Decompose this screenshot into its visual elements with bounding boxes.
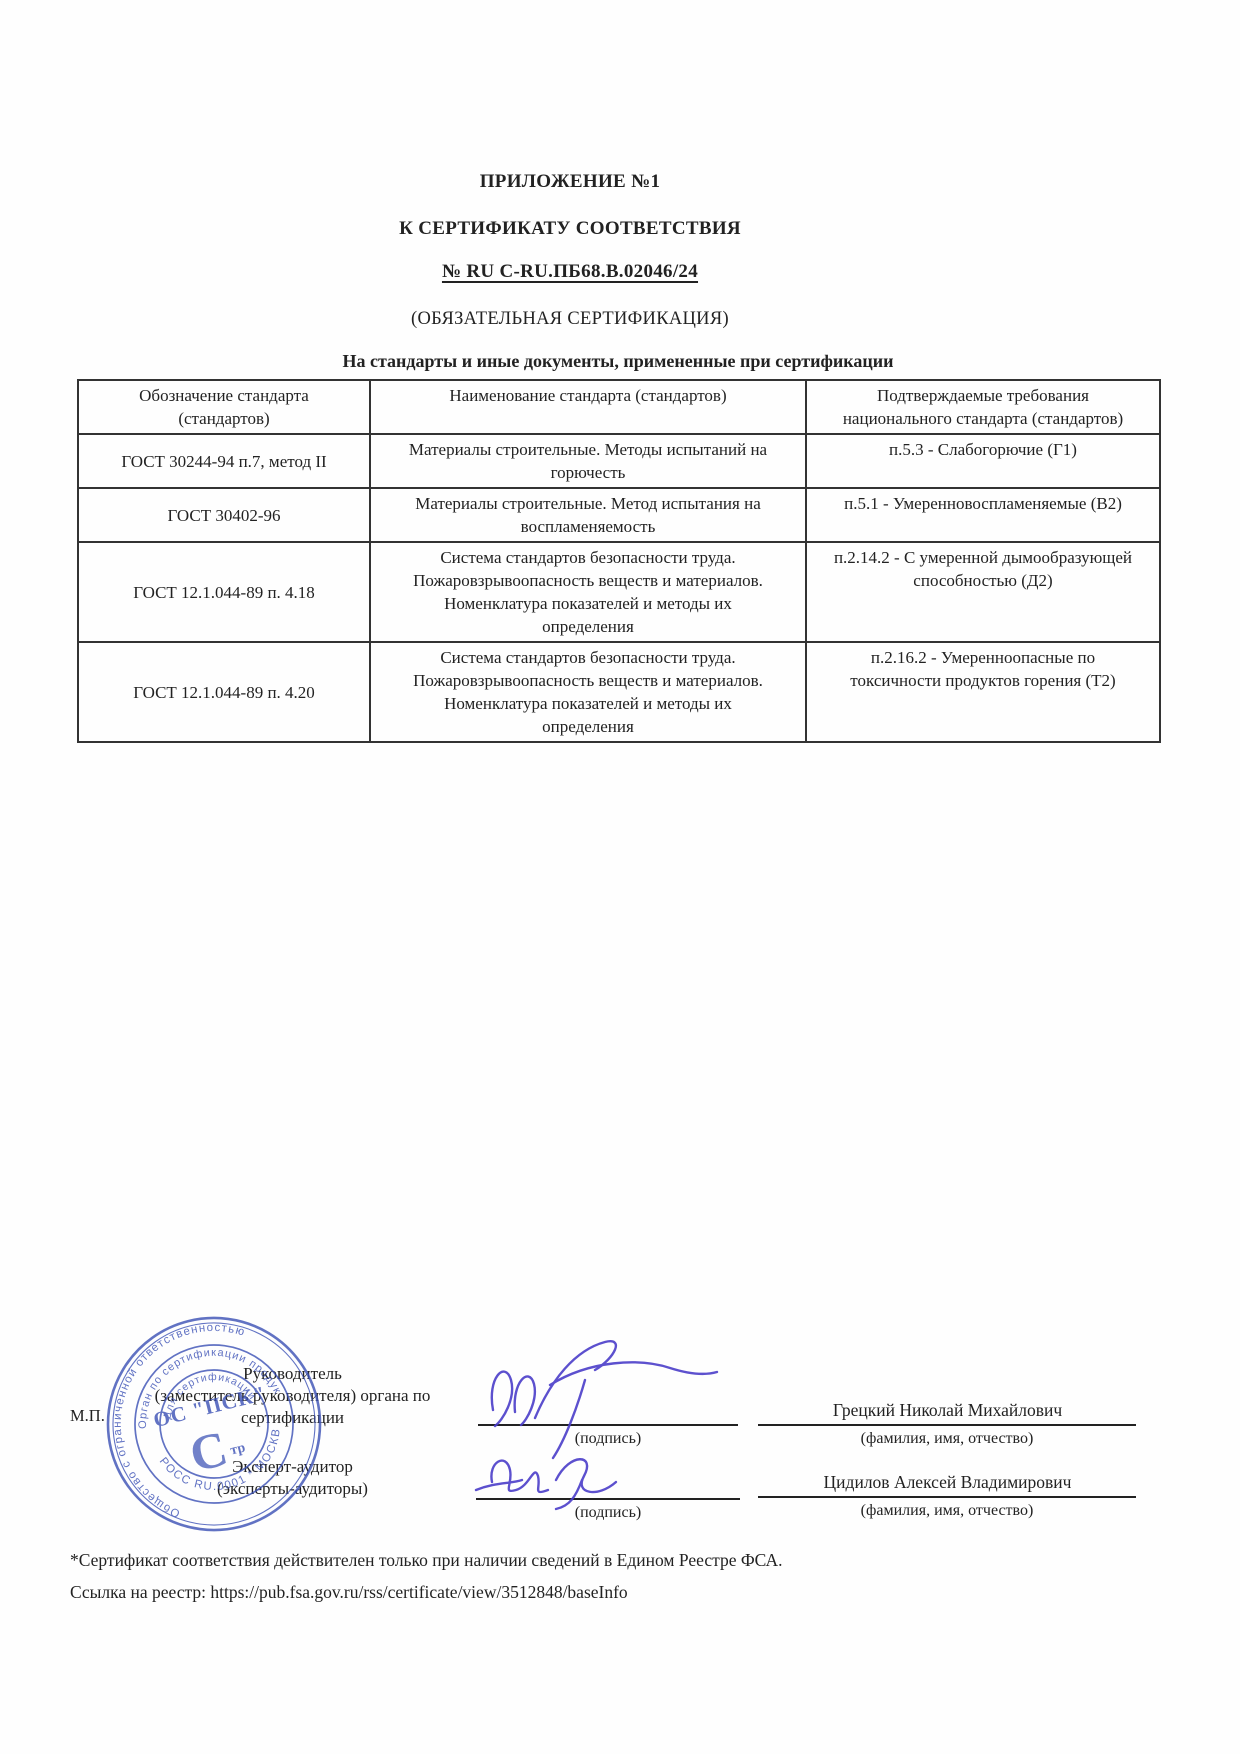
cell-standard-name: Система стандартов безопасности труда. П… [370,642,806,742]
standards-table-title: На стандарты и иные документы, примененн… [77,351,1159,372]
cell-designation: ГОСТ 12.1.044-89 п. 4.20 [78,642,370,742]
table-header-row: Обозначение стандарта (стандартов) Наиме… [78,380,1160,434]
signature-caption-expert: (подпись) [476,1504,740,1522]
fio-line-expert [758,1496,1136,1498]
cell-standard-name: Материалы строительные. Методы испытаний… [370,434,806,488]
col-header-name: Наименование стандарта (стандартов) [370,380,806,434]
cell-requirements: п.5.3 - Слабогорючие (Г1) [806,434,1160,488]
signature-line-expert [476,1498,740,1500]
cell-requirements: п.2.14.2 - С умеренной дымообразующей сп… [806,542,1160,642]
expert-role-label: Эксперт-аудитор (эксперты-аудиторы) [120,1456,465,1500]
head-role-label: Руководитель (заместитель руководителя) … [120,1363,465,1429]
fio-caption-head: (фамилия, имя, отчество) [758,1430,1136,1448]
head-name: Грецкий Николай Михайлович [755,1400,1140,1421]
col-header-designation: Обозначение стандарта (стандартов) [78,380,370,434]
cell-designation: ГОСТ 30402-96 [78,488,370,542]
cell-designation: ГОСТ 30244-94 п.7, метод II [78,434,370,488]
table-row: ГОСТ 30402-96 Материалы строительные. Ме… [78,488,1160,542]
appendix-title: ПРИЛОЖЕНИЕ №1 [0,171,1140,193]
standards-table: Обозначение стандарта (стандартов) Наиме… [77,379,1161,743]
fio-line-head [758,1424,1136,1426]
to-certificate-title: К СЕРТИФИКАТУ СООТВЕТСТВИЯ [0,218,1140,240]
certificate-number-text: № RU C-RU.ПБ68.В.02046/24 [442,261,698,282]
cell-standard-name: Система стандартов безопасности труда. П… [370,542,806,642]
expert-name: Цидилов Алексей Владимирович [755,1472,1140,1493]
cell-requirements: п.5.1 - Умеренновоспламеняемые (В2) [806,488,1160,542]
mandatory-certification-label: (ОБЯЗАТЕЛЬНАЯ СЕРТИФИКАЦИЯ) [0,309,1140,330]
expert-signature [458,1438,698,1513]
table-row: ГОСТ 30244-94 п.7, метод II Материалы ст… [78,434,1160,488]
certificate-number: № RU C-RU.ПБ68.В.02046/24 [0,261,1140,283]
validity-note: *Сертификат соответствия действителен то… [70,1548,1170,1572]
cell-requirements: п.2.16.2 - Умеренноопасные по токсичност… [806,642,1160,742]
signature-line-head [478,1424,738,1426]
table-row: ГОСТ 12.1.044-89 п. 4.18 Система стандар… [78,542,1160,642]
registry-link-line: Ссылка на реестр: https://pub.fsa.gov.ru… [70,1580,1170,1604]
certificate-appendix-page: ПРИЛОЖЕНИЕ №1 К СЕРТИФИКАТУ СООТВЕТСТВИЯ… [0,0,1240,1754]
table-row: ГОСТ 12.1.044-89 п. 4.20 Система стандар… [78,642,1160,742]
fio-caption-expert: (фамилия, имя, отчество) [758,1502,1136,1520]
signature-caption-head: (подпись) [478,1430,738,1448]
cell-designation: ГОСТ 12.1.044-89 п. 4.18 [78,542,370,642]
col-header-requirements: Подтверждаемые требования национального … [806,380,1160,434]
mp-seal-label: М.П. [70,1406,105,1426]
cell-standard-name: Материалы строительные. Метод испытания … [370,488,806,542]
